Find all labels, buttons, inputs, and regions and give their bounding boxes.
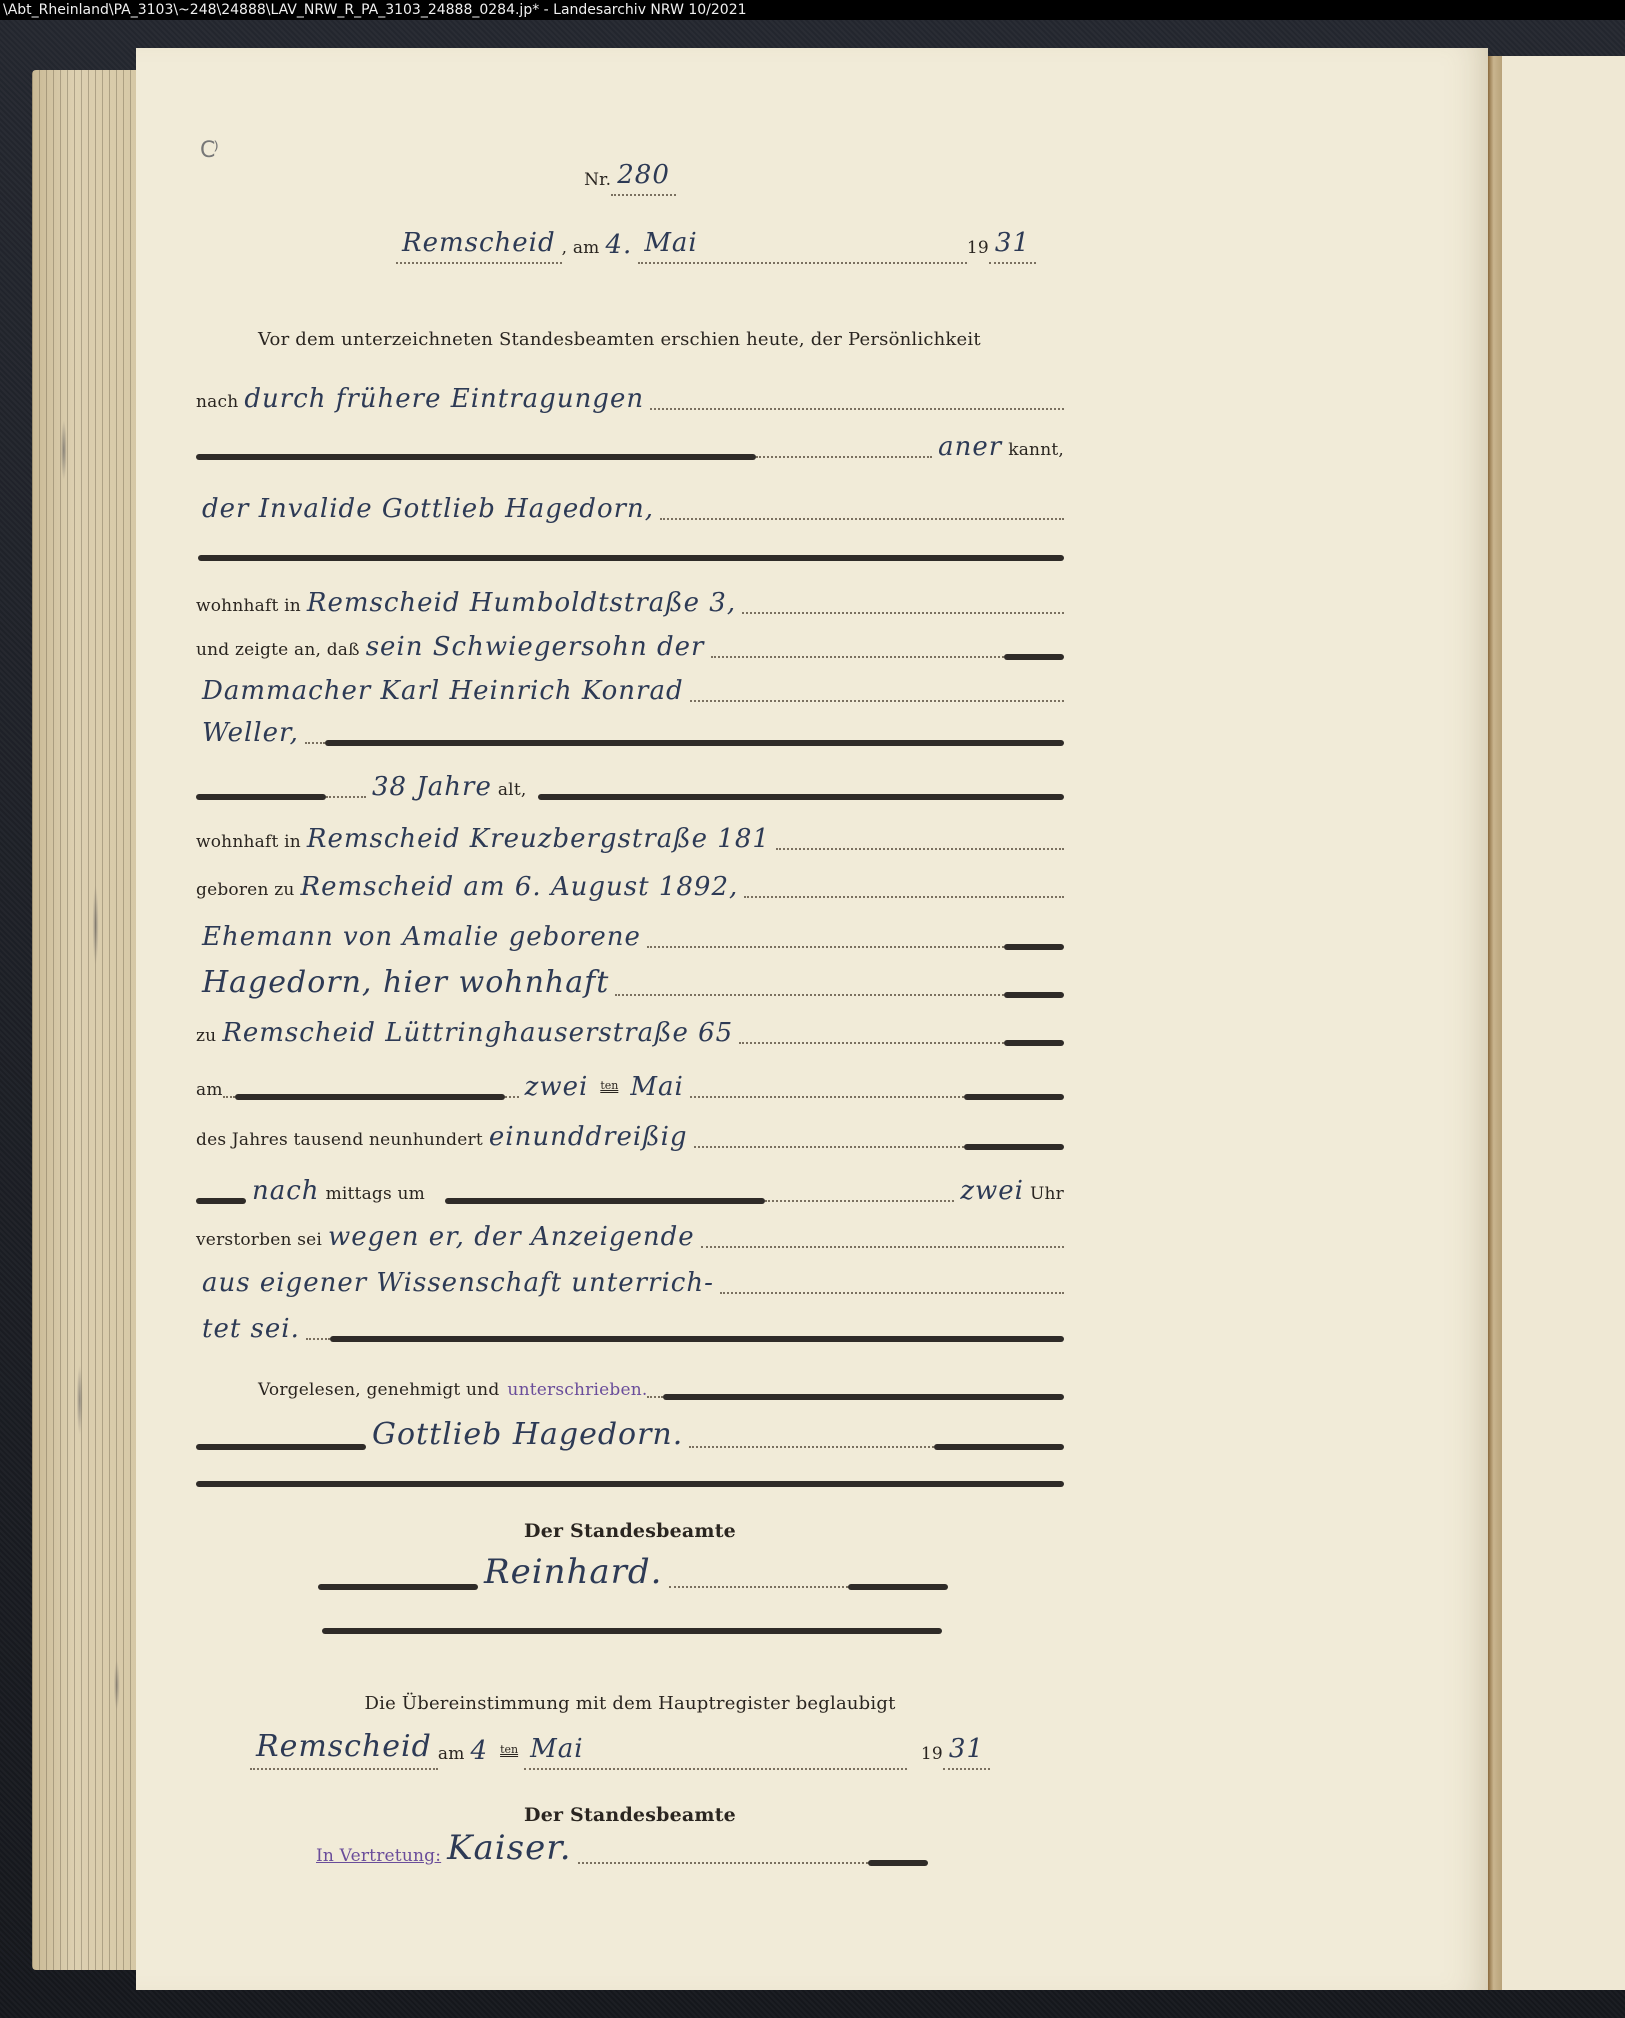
informant-residence-row: wohnhaft in Remscheid Humboldtstraße 3, <box>196 576 1064 622</box>
fill-line <box>318 1584 478 1590</box>
fill-line <box>848 1584 948 1590</box>
fill-line <box>196 1444 366 1450</box>
facing-page <box>1502 56 1625 1990</box>
fill-line <box>196 1198 246 1204</box>
dotted-line <box>505 1096 519 1098</box>
identity-suffix-print: kannt, <box>1008 440 1064 466</box>
certification-year-prefix: 19 <box>907 1744 943 1770</box>
dotted-line <box>578 1862 868 1864</box>
fill-line <box>934 1444 1064 1450</box>
death-remark-line3: tet sei. <box>196 1314 306 1348</box>
identity-cont-row: aner kannt, <box>196 420 1064 466</box>
death-year-value: einunddreißig <box>483 1122 694 1156</box>
dotted-line <box>306 1338 330 1340</box>
dotted-line <box>669 1586 849 1588</box>
announcement-label: und zeigte an, daß <box>196 640 360 666</box>
death-time-label: mittags um <box>326 1184 425 1210</box>
book-gutter <box>1488 56 1502 1990</box>
deceased-residence-label: wohnhaft in <box>196 832 301 858</box>
age-label: alt, <box>498 780 527 806</box>
dotted-line <box>776 848 1064 850</box>
window-title: \Abt_Rheinland\PA_3103\~248\24888\LAV_NR… <box>3 2 747 18</box>
dotted-line <box>690 1096 964 1098</box>
deceased-line1-row: Dammacher Karl Heinrich Konrad <box>196 664 1064 710</box>
spouse-line2-row: Hagedorn, hier wohnhaft <box>196 958 1064 1004</box>
intro-text: Vor dem unterzeichneten Standesbeamten e… <box>258 329 981 356</box>
spouse-line2: Hagedorn, hier wohnhaft <box>196 965 615 1004</box>
day-value: 4. <box>600 230 639 264</box>
death-place-label: zu <box>196 1026 216 1052</box>
spouse-line1-row: Ehemann von Amalie geborene <box>196 910 1064 956</box>
uhr-label: Uhr <box>1030 1184 1064 1210</box>
identity-value: durch frühere Eintragungen <box>238 384 650 418</box>
certification-day-suffix: ten <box>494 1743 524 1770</box>
informant-value: der Invalide Gottlieb Hagedorn, <box>196 494 660 528</box>
fill-line <box>868 1860 928 1866</box>
dotted-line <box>744 896 1064 898</box>
registrar-title: Der Standesbeamte <box>524 1520 736 1548</box>
death-remark-row2: aus eigener Wissenschaft unterrich- <box>196 1256 1064 1302</box>
dotted-line <box>650 408 1064 410</box>
read-approved-row: Vorgelesen, genehmigt und unterschrieben… <box>258 1360 1064 1406</box>
death-remark-label: verstorben sei <box>196 1230 322 1256</box>
deceased-line2-row: Weller, <box>196 706 1064 752</box>
place-value: Remscheid <box>396 228 562 264</box>
dotted-line <box>223 1096 235 1098</box>
dotted-line <box>765 1200 954 1202</box>
death-place-row: zu Remscheid Lüttringhauserstraße 65 <box>196 1006 1064 1052</box>
deputy-signature: Kaiser. <box>441 1828 577 1872</box>
certification-year-suffix: 31 <box>943 1734 990 1770</box>
registrar-signature-row: Reinhard. <box>318 1550 948 1596</box>
informant-signature: Gottlieb Hagedorn. <box>366 1417 689 1456</box>
death-date-label: am <box>196 1080 223 1106</box>
fill-line <box>663 1394 1064 1400</box>
identity-suffix-hand: aner <box>932 432 1008 466</box>
death-time-prefix: nach <box>246 1176 326 1210</box>
fill-line <box>196 454 756 460</box>
certification-place: Remscheid <box>250 1729 438 1770</box>
certification-text: Die Übereinstimmung mit dem Hauptregiste… <box>364 1693 895 1720</box>
registrar-title-row: Der Standesbeamte <box>196 1502 1064 1548</box>
death-place-value: Remscheid Lüttringhauserstraße 65 <box>216 1018 739 1052</box>
fill-line <box>196 794 326 800</box>
dotted-line <box>689 1446 934 1448</box>
announcement-value: sein Schwiegersohn der <box>360 632 711 666</box>
fill-line <box>1004 944 1064 950</box>
fill-line <box>198 555 1064 561</box>
window-title-bar: \Abt_Rheinland\PA_3103\~248\24888\LAV_NR… <box>0 0 1625 20</box>
identity-label: nach <box>196 392 238 418</box>
death-day-value: zwei <box>519 1072 595 1106</box>
fill-line <box>1004 992 1064 998</box>
age-value: 38 Jahre <box>366 772 498 806</box>
fill-line <box>538 794 1064 800</box>
death-remark-row1: verstorben sei wegen er, der Anzeigende <box>196 1210 1064 1256</box>
residence-label: wohnhaft in <box>196 596 301 622</box>
death-day-suffix: ten <box>594 1079 624 1106</box>
informant-signature-row: Gottlieb Hagedorn. <box>196 1410 1064 1456</box>
death-date-row: am zwei ten Mai <box>196 1060 1064 1106</box>
fill-line <box>235 1094 505 1100</box>
dotted-line <box>647 946 1004 948</box>
dotted-line <box>660 518 1064 520</box>
dotted-line <box>647 1396 663 1398</box>
year-prefix: 19 <box>967 238 989 264</box>
read-approved-text: Vorgelesen, genehmigt und <box>258 1380 499 1406</box>
certification-date-row: Remscheid am 4 ten Mai 19 31 <box>250 1724 990 1770</box>
intro-row: Vor dem unterzeichneten Standesbeamten e… <box>258 310 1058 356</box>
page-block-edge <box>32 70 138 1970</box>
place-date-row: Remscheid , am 4. Mai 19 31 <box>396 218 1036 264</box>
am-label: , am <box>562 238 600 264</box>
fill-line <box>322 1628 942 1634</box>
deputy-signature-row: In Vertretung: Kaiser. <box>316 1826 928 1872</box>
certification-day: 4 <box>465 1736 495 1770</box>
fill-line <box>330 1336 1064 1342</box>
announcement-row: und zeigte an, daß sein Schwiegersohn de… <box>196 620 1064 666</box>
dotted-line <box>694 1146 964 1148</box>
death-year-row: des Jahres tausend neunhundert einunddre… <box>196 1110 1064 1156</box>
deceased-name-line1: Dammacher Karl Heinrich Konrad <box>196 676 690 710</box>
spouse-line1: Ehemann von Amalie geborene <box>196 922 647 956</box>
year-suffix: 31 <box>989 228 1036 264</box>
fill-line <box>964 1094 1064 1100</box>
record-number-value: 280 <box>611 160 676 196</box>
death-hour-value: zwei <box>954 1176 1030 1210</box>
certification-month: Mai <box>524 1734 907 1770</box>
month-value: Mai <box>638 228 967 264</box>
death-remark-line2: aus eigener Wissenschaft unterrich- <box>196 1268 720 1302</box>
birth-value: Remscheid am 6. August 1892, <box>295 872 745 906</box>
dotted-line <box>615 994 1004 996</box>
certification-text-row: Die Übereinstimmung mit dem Hauptregiste… <box>196 1674 1064 1720</box>
death-remark-row3: tet sei. <box>196 1302 1064 1348</box>
deputy-stamp: In Vertretung: <box>316 1846 441 1872</box>
fill-line <box>1004 1040 1064 1046</box>
death-year-label: des Jahres tausend neunhundert <box>196 1130 483 1156</box>
dotted-line <box>711 656 1005 658</box>
informant-row: der Invalide Gottlieb Hagedorn, <box>196 482 1064 528</box>
dotted-line <box>326 796 366 798</box>
fill-line <box>325 740 1064 746</box>
dotted-line <box>720 1292 1064 1294</box>
fill-line <box>445 1198 765 1204</box>
record-number-label: Nr. <box>584 170 611 196</box>
death-month-value: Mai <box>624 1072 689 1106</box>
certification-am: am <box>438 1744 465 1770</box>
record-number-row: Nr. 280 <box>196 150 1064 196</box>
birth-label: geboren zu <box>196 880 295 906</box>
deceased-name-line2: Weller, <box>196 718 305 752</box>
dotted-line <box>739 1042 1004 1044</box>
birth-row: geboren zu Remscheid am 6. August 1892, <box>196 860 1064 906</box>
fill-line <box>196 1481 1064 1487</box>
dotted-line <box>756 456 932 458</box>
dotted-line <box>305 742 325 744</box>
dotted-line <box>701 1246 1064 1248</box>
signed-stamp: unterschrieben. <box>499 1380 647 1406</box>
identity-row: nach durch frühere Eintragungen <box>196 372 1064 418</box>
age-row: 38 Jahre alt, <box>196 760 1064 806</box>
deceased-residence-row: wohnhaft in Remscheid Kreuzbergstraße 18… <box>196 812 1064 858</box>
registrar-signature: Reinhard. <box>478 1552 669 1596</box>
fill-line <box>1004 654 1064 660</box>
death-remark-line1: wegen er, der Anzeigende <box>322 1222 701 1256</box>
fill-line <box>964 1144 1064 1150</box>
death-time-row: nach mittags um zwei Uhr <box>196 1164 1064 1210</box>
deceased-residence-value: Remscheid Kreuzbergstraße 181 <box>301 824 776 858</box>
dotted-line <box>690 700 1064 702</box>
residence-value: Remscheid Humboldtstraße 3, <box>301 588 742 622</box>
dotted-line <box>742 612 1064 614</box>
